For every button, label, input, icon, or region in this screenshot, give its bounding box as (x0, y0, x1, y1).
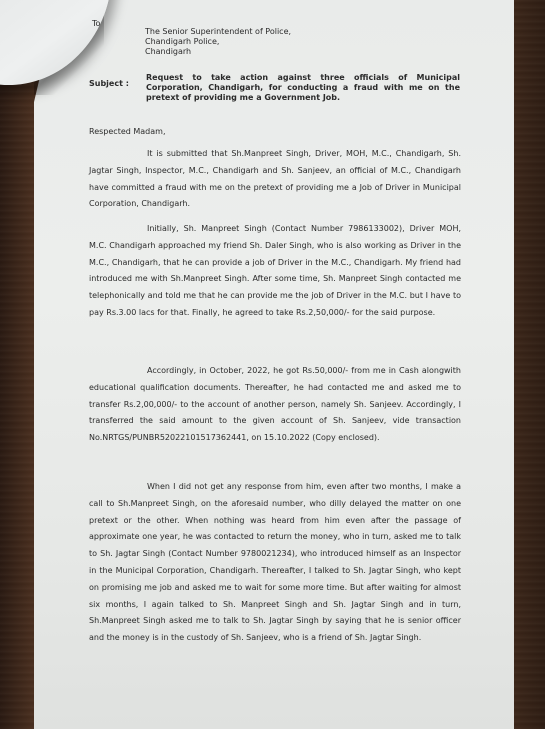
body-paragraph: It is submitted that Sh.Manpreet Singh, … (89, 146, 461, 213)
to-label: To (92, 18, 100, 30)
subject-label: Subject : (89, 76, 129, 93)
recipient-address: The Senior Superintendent of Police, Cha… (145, 27, 291, 57)
subject-text: Request to take action against three off… (146, 73, 460, 103)
body-paragraph: When I did not get any response from him… (89, 479, 461, 647)
body-paragraph: Accordingly, in October, 2022, he got Rs… (89, 363, 461, 447)
recipient-line: Chandigarh Police, (145, 37, 291, 47)
recipient-line: Chandigarh (145, 47, 291, 57)
salutation: Respected Madam, (89, 124, 166, 141)
body-paragraph: Initially, Sh. Manpreet Singh (Contact N… (89, 221, 461, 322)
recipient-line: The Senior Superintendent of Police, (145, 27, 291, 37)
